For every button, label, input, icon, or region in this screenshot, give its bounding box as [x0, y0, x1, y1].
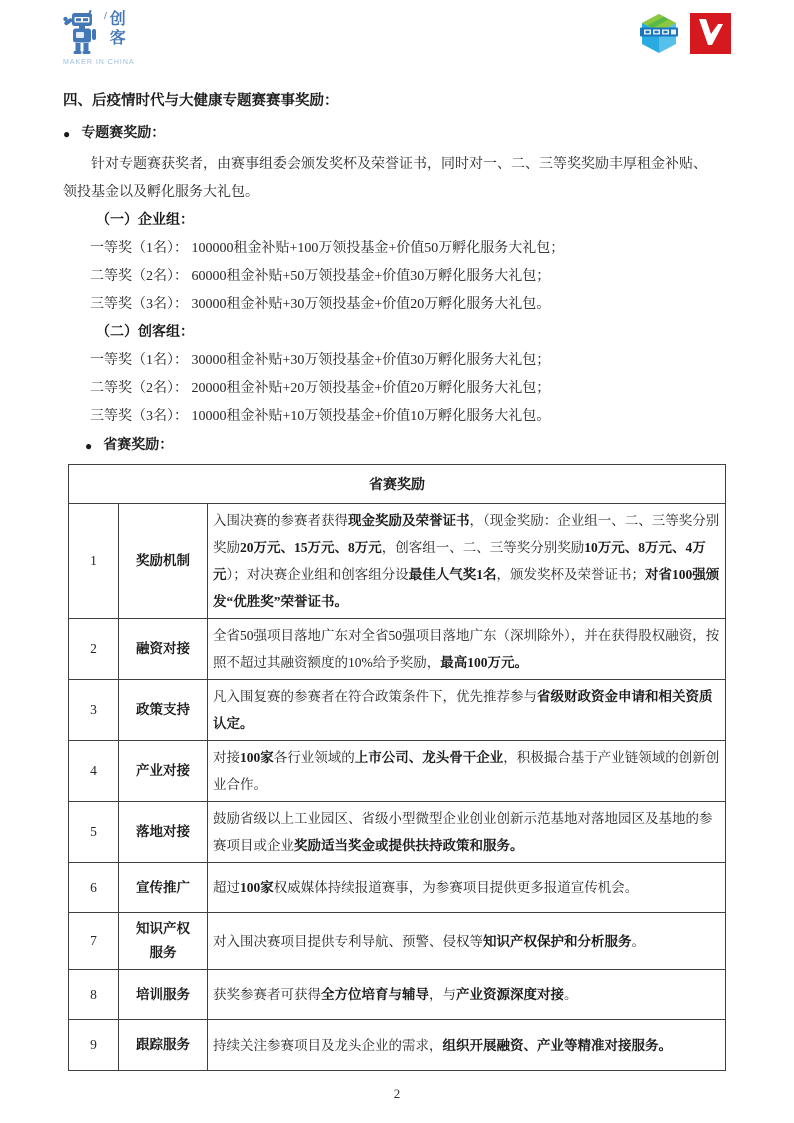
table-row: 5落地对接鼓励省级以上工业园区、省级小型微型企业创业创新示范基地对落地园区及基地…: [69, 802, 725, 863]
row-number: 3: [69, 680, 119, 740]
document-page: / 创 客 MAKER IN CHINA: [0, 0, 794, 1123]
page-header: / 创 客 MAKER IN CHINA: [63, 10, 731, 72]
red-check-logo-icon: [690, 13, 731, 54]
row-content: 对入围决赛项目提供专利导航、预警、侵权等知识产权保护和分析服务。: [208, 913, 725, 969]
row-label: 产业对接: [119, 741, 208, 801]
award-line-enterprise-3: 三等奖（3名）： 30000租金补贴+30万领投基金+价值20万孵化服务大礼包。: [90, 291, 731, 319]
bullet-icon: ●: [85, 440, 92, 452]
table-row: 7知识产权服务对入围决赛项目提供专利导航、预警、侵权等知识产权保护和分析服务。: [69, 913, 725, 970]
row-number: 8: [69, 970, 119, 1019]
bullet-province-award-label: 省赛奖励：: [103, 434, 173, 458]
row-label: 落地对接: [119, 802, 208, 862]
row-number: 2: [69, 619, 119, 679]
row-label: 宣传推广: [119, 863, 208, 912]
table-body: 1奖励机制入围决赛的参赛者获得现金奖励及荣誉证书，（现金奖励：企业组一、二、三等…: [69, 504, 725, 1070]
cube-logo-icon: [637, 13, 681, 55]
row-content: 全省50强项目落地广东对全省50强项目落地广东（深圳除外），并在获得股权融资，按…: [208, 619, 725, 679]
row-number: 5: [69, 802, 119, 862]
row-number: 1: [69, 504, 119, 618]
row-number: 9: [69, 1020, 119, 1070]
row-label: 政策支持: [119, 680, 208, 740]
maker-in-china-logo: / 创 客 MAKER IN CHINA: [63, 10, 135, 66]
section-title: 四、后疫情时代与大健康专题赛赛事奖励：: [63, 90, 731, 112]
row-label: 知识产权服务: [119, 913, 208, 969]
award-line-maker-1: 一等奖（1名）： 30000租金补贴+30万领投基金+价值30万孵化服务大礼包；: [90, 347, 731, 375]
row-content: 凡入围复赛的参赛者在符合政策条件下，优先推荐参与省级财政资金申请和相关资质认定。: [208, 680, 725, 740]
table-row: 3政策支持凡入围复赛的参赛者在符合政策条件下，优先推荐参与省级财政资金申请和相关…: [69, 680, 725, 741]
row-label: 跟踪服务: [119, 1020, 208, 1070]
award-line-enterprise-1: 一等奖（1名）： 100000租金补贴+100万领投基金+价值50万孵化服务大礼…: [90, 235, 731, 263]
table-row: 4产业对接对接100家各行业领域的上市公司、龙头骨干企业，积极撮合基于产业链领域…: [69, 741, 725, 802]
group-maker-title: （二）创客组：: [96, 319, 731, 347]
intro-paragraph: 针对专题赛获奖者，由赛事组委会颁发奖杯及荣誉证书，同时对一、二、三等奖奖励丰厚租…: [63, 151, 715, 207]
row-content: 超过100家权威媒体持续报道赛事，为参赛项目提供更多报道宣传机会。: [208, 863, 725, 912]
row-number: 4: [69, 741, 119, 801]
table-row: 2融资对接全省50强项目落地广东对全省50强项目落地广东（深圳除外），并在获得股…: [69, 619, 725, 680]
province-award-table: 省赛奖励 1奖励机制入围决赛的参赛者获得现金奖励及荣誉证书，（现金奖励：企业组一…: [68, 464, 726, 1071]
logo-caption: MAKER IN CHINA: [63, 59, 135, 66]
table-row: 6宣传推广超过100家权威媒体持续报道赛事，为参赛项目提供更多报道宣传机会。: [69, 863, 725, 913]
row-label: 培训服务: [119, 970, 208, 1019]
row-number: 7: [69, 913, 119, 969]
bullet-specialty-award: ● 专题赛奖励：: [63, 122, 731, 146]
table-row: 1奖励机制入围决赛的参赛者获得现金奖励及荣誉证书，（现金奖励：企业组一、二、三等…: [69, 504, 725, 619]
table-row: 8培训服务获奖参赛者可获得全方位培育与辅导，与产业资源深度对接。: [69, 970, 725, 1020]
row-label: 奖励机制: [119, 504, 208, 618]
award-line-maker-3: 三等奖（3名）： 10000租金补贴+10万领投基金+价值10万孵化服务大礼包。: [90, 403, 731, 431]
logo-char-bottom: 客: [110, 29, 126, 48]
bullet-province-award: ● 省赛奖励：: [85, 434, 731, 458]
group-enterprise-title: （一）企业组：: [96, 207, 731, 235]
row-content: 获奖参赛者可获得全方位培育与辅导，与产业资源深度对接。: [208, 970, 725, 1019]
award-line-maker-2: 二等奖（2名）： 20000租金补贴+20万领投基金+价值20万孵化服务大礼包；: [90, 375, 731, 403]
logo-main: / 创 客: [63, 10, 135, 56]
bullet-specialty-award-label: 专题赛奖励：: [81, 122, 165, 146]
table-row: 9跟踪服务持续关注参赛项目及龙头企业的需求，组织开展融资、产业等精准对接服务。: [69, 1020, 725, 1070]
robot-mascot-icon: [63, 10, 101, 56]
bullet-icon: ●: [63, 128, 70, 140]
row-label: 融资对接: [119, 619, 208, 679]
logo-accent-tick: /: [104, 11, 107, 22]
table-title: 省赛奖励: [69, 465, 725, 504]
row-content: 鼓励省级以上工业园区、省级小型微型企业创业创新示范基地对落地园区及基地的参赛项目…: [208, 802, 725, 862]
partner-logos: [637, 13, 731, 55]
logo-cn-text: 创 客: [110, 10, 126, 48]
award-line-enterprise-2: 二等奖（2名）： 60000租金补贴+50万领投基金+价值30万孵化服务大礼包；: [90, 263, 731, 291]
page-number: 2: [63, 1086, 731, 1102]
row-content: 对接100家各行业领域的上市公司、龙头骨干企业，积极撮合基于产业链领域的创新创业…: [208, 741, 725, 801]
logo-char-top: 创: [110, 10, 126, 29]
row-content: 入围决赛的参赛者获得现金奖励及荣誉证书，（现金奖励：企业组一、二、三等奖分别奖励…: [208, 504, 725, 618]
row-number: 6: [69, 863, 119, 912]
row-content: 持续关注参赛项目及龙头企业的需求，组织开展融资、产业等精准对接服务。: [208, 1020, 725, 1070]
